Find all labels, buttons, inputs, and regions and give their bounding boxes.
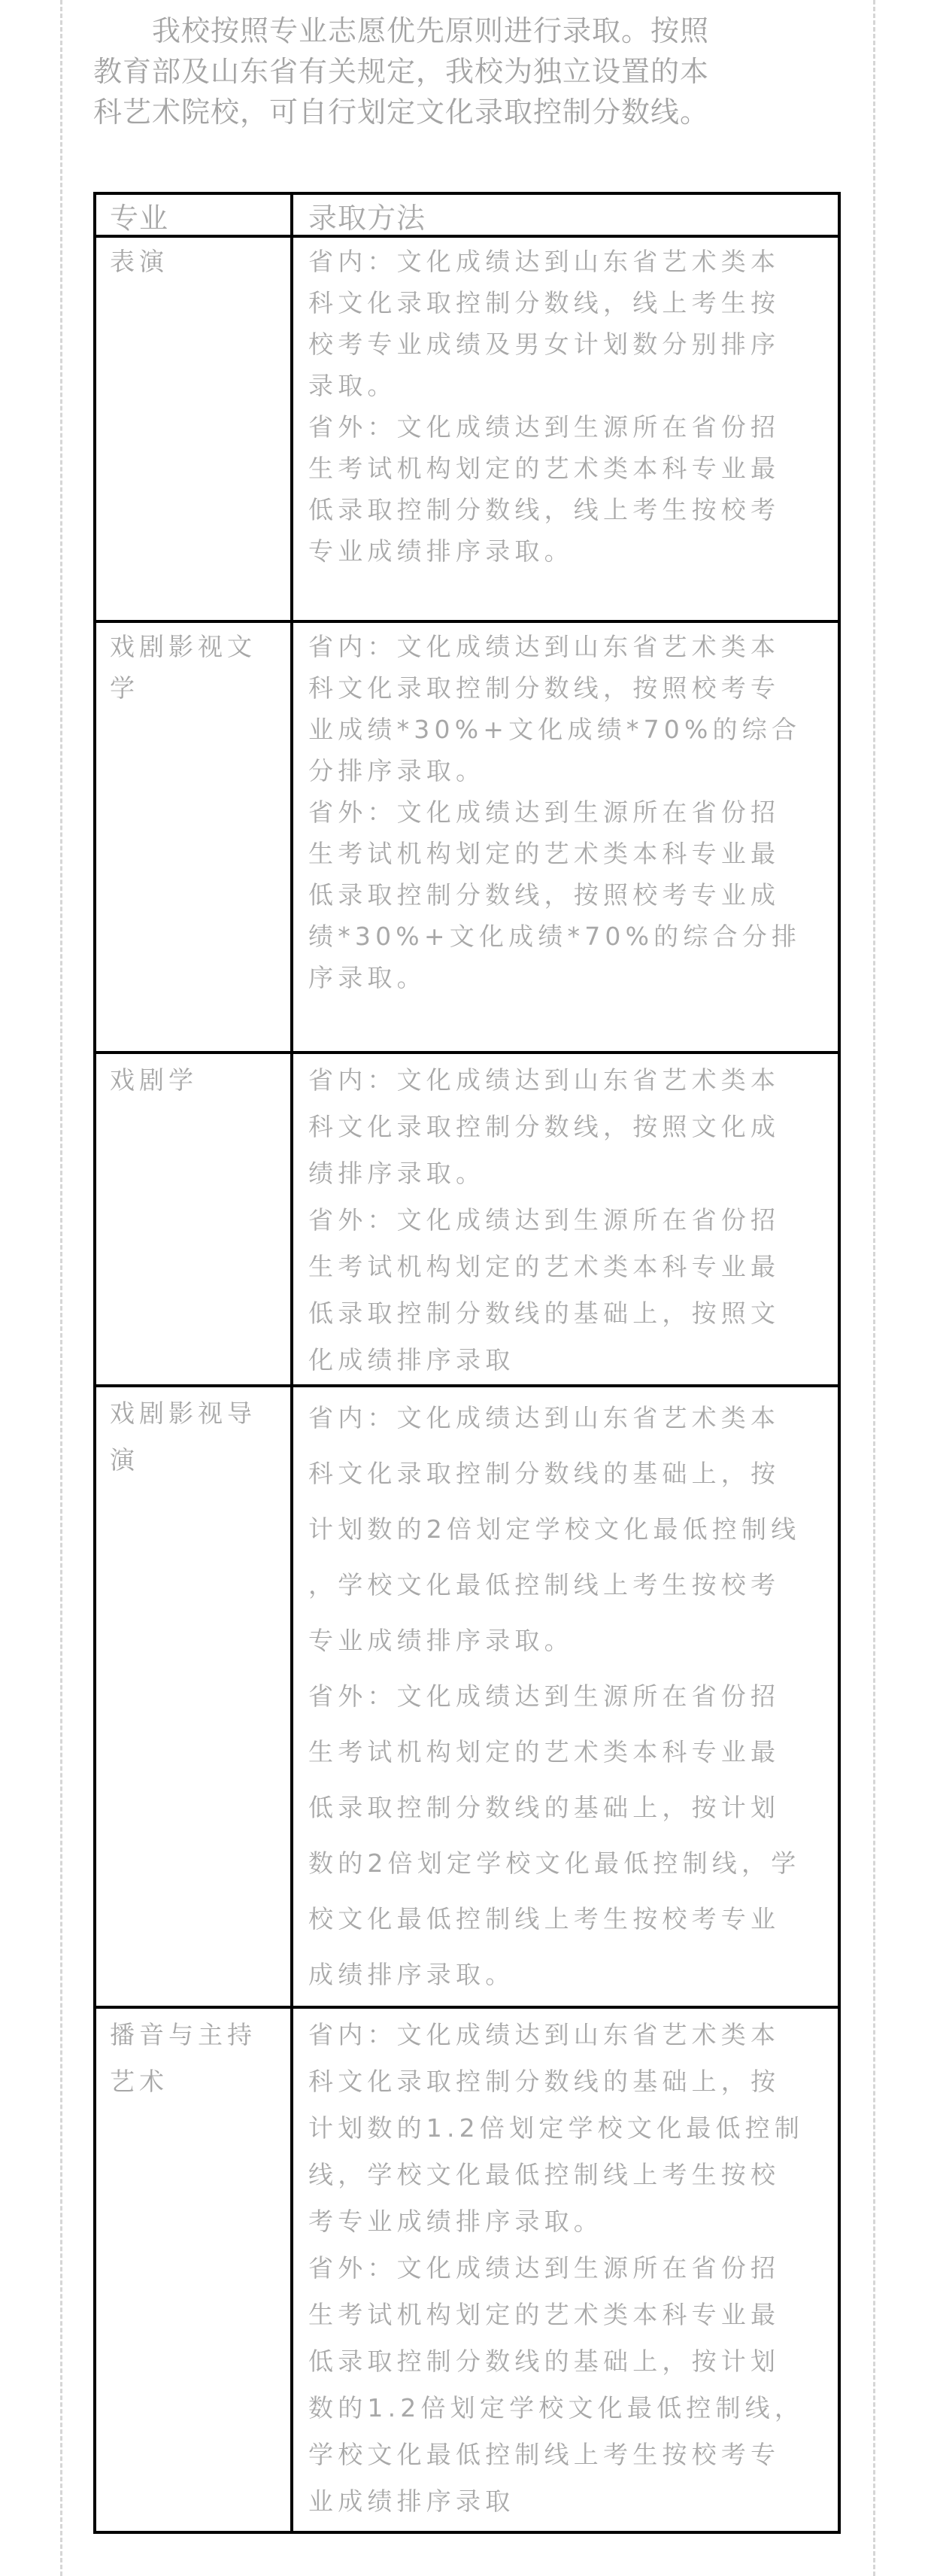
table-header-row: 专业 录取方法 xyxy=(96,195,838,235)
method-line: 省内：文化成绩达到山东省艺术类本 xyxy=(308,1057,830,1104)
method-line: 科文化录取控制分数线的基础上，按 xyxy=(308,2058,830,2105)
table-row: 表演 省内：文化成绩达到山东省艺术类本 科文化录取控制分数线，线上考生按 校考专… xyxy=(96,235,838,620)
method-line: 业成绩排序录取 xyxy=(308,2478,830,2525)
method-line: 绩*30%+文化成绩*70%的综合分排 xyxy=(308,916,830,957)
method-line: 考专业成绩排序录取。 xyxy=(308,2198,830,2245)
method-cell: 省内：文化成绩达到山东省艺术类本 科文化录取控制分数线，按照文化成 绩排序录取。… xyxy=(293,1054,838,1384)
major-name-line: 戏剧影视导 xyxy=(110,1390,290,1437)
method-line: 省外：文化成绩达到生源所在省份招 xyxy=(308,1669,830,1724)
method-line: 省内：文化成绩达到山东省艺术类本 xyxy=(308,241,830,282)
intro-line: 科艺术院校，可自行划定文化录取控制分数线。 xyxy=(93,92,845,132)
method-line: 省外：文化成绩达到生源所在省份招 xyxy=(308,406,830,448)
method-line: 数的2倍划定学校文化最低控制线，学 xyxy=(308,1836,830,1891)
intro-paragraph: 我校按照专业志愿优先原则进行录取。按照 教育部及山东省有关规定，我校为独立设置的… xyxy=(93,11,845,132)
method-line: 科文化录取控制分数线，线上考生按 xyxy=(308,282,830,324)
method-cell: 省内：文化成绩达到山东省艺术类本 科文化录取控制分数线的基础上，按 计划数的1.… xyxy=(293,2009,838,2531)
method-line: 低录取控制分数线的基础上，按计划 xyxy=(308,2338,830,2385)
method-cell: 省内：文化成绩达到山东省艺术类本 科文化录取控制分数线，按照校考专 业成绩*30… xyxy=(293,623,838,1051)
major-cell: 戏剧学 xyxy=(96,1054,293,1384)
method-line: ，学校文化最低控制线上考生按校考 xyxy=(308,1557,830,1613)
method-line: 校文化最低控制线上考生按校考专业 xyxy=(308,1891,830,1947)
method-line: 省外：文化成绩达到生源所在省份招 xyxy=(308,791,830,833)
method-line: 生考试机构划定的艺术类本科专业最 xyxy=(308,2292,830,2338)
major-name-line: 艺术 xyxy=(110,2058,290,2105)
method-line: 低录取控制分数线，按照校考专业成 xyxy=(308,874,830,916)
major-name-line: 戏剧影视文 xyxy=(110,626,290,667)
left-dashed-border xyxy=(60,0,62,2576)
method-line: 校考专业成绩及男女计划数分别排序 xyxy=(308,324,830,365)
method-line: 化成绩排序录取 xyxy=(308,1337,830,1384)
method-line: 低录取控制分数线的基础上，按计划 xyxy=(308,1780,830,1836)
method-line: 线，学校文化最低控制线上考生按校 xyxy=(308,2152,830,2198)
intro-line: 教育部及山东省有关规定，我校为独立设置的本 xyxy=(93,51,845,92)
method-line: 省外：文化成绩达到生源所在省份招 xyxy=(308,2245,830,2292)
method-line: 计划数的2倍划定学校文化最低控制线 xyxy=(308,1502,830,1557)
major-name-line: 播音与主持 xyxy=(110,2012,290,2058)
method-cell: 省内：文化成绩达到山东省艺术类本 科文化录取控制分数线的基础上，按 计划数的2倍… xyxy=(293,1387,838,2006)
method-line: 分排序录取。 xyxy=(308,750,830,791)
admission-table: 专业 录取方法 表演 省内：文化成绩达到山东省艺术类本 科文化录取控制分数线，线… xyxy=(93,192,841,2534)
method-line: 成绩排序录取。 xyxy=(308,1947,830,2003)
major-name-line: 表演 xyxy=(110,241,290,282)
method-line: 科文化录取控制分数线的基础上，按 xyxy=(308,1446,830,1502)
method-line: 数的1.2倍划定学校文化最低控制线， xyxy=(308,2385,830,2432)
method-line: 专业成绩排序录取。 xyxy=(308,1613,830,1669)
table-row: 戏剧影视导 演 省内：文化成绩达到山东省艺术类本 科文化录取控制分数线的基础上，… xyxy=(96,1384,838,2006)
method-cell: 省内：文化成绩达到山东省艺术类本 科文化录取控制分数线，线上考生按 校考专业成绩… xyxy=(293,238,838,620)
right-dashed-border xyxy=(873,0,875,2576)
major-name-line: 演 xyxy=(110,1437,290,1484)
method-line: 业成绩*30%+文化成绩*70%的综合 xyxy=(308,709,830,750)
method-line: 生考试机构划定的艺术类本科专业最 xyxy=(308,1244,830,1290)
major-cell: 播音与主持 艺术 xyxy=(96,2009,293,2531)
method-line: 科文化录取控制分数线，按照校考专 xyxy=(308,667,830,709)
table-row: 播音与主持 艺术 省内：文化成绩达到山东省艺术类本 科文化录取控制分数线的基础上… xyxy=(96,2006,838,2531)
major-cell: 表演 xyxy=(96,238,293,620)
method-line: 省内：文化成绩达到山东省艺术类本 xyxy=(308,1390,830,1446)
method-line: 生考试机构划定的艺术类本科专业最 xyxy=(308,1724,830,1780)
method-line: 录取。 xyxy=(308,365,830,406)
method-line: 省外：文化成绩达到生源所在省份招 xyxy=(308,1197,830,1244)
method-line: 生考试机构划定的艺术类本科专业最 xyxy=(308,833,830,874)
method-line: 序录取。 xyxy=(308,957,830,998)
table-row: 戏剧影视文 学 省内：文化成绩达到山东省艺术类本 科文化录取控制分数线，按照校考… xyxy=(96,620,838,1051)
major-name-line: 学 xyxy=(110,667,290,709)
method-line: 生考试机构划定的艺术类本科专业最 xyxy=(308,448,830,489)
method-line: 计划数的1.2倍划定学校文化最低控制 xyxy=(308,2105,830,2152)
major-cell: 戏剧影视文 学 xyxy=(96,623,293,1051)
major-name-line: 戏剧学 xyxy=(110,1057,290,1104)
method-line: 省内：文化成绩达到山东省艺术类本 xyxy=(308,626,830,667)
table-row: 戏剧学 省内：文化成绩达到山东省艺术类本 科文化录取控制分数线，按照文化成 绩排… xyxy=(96,1051,838,1384)
intro-line: 我校按照专业志愿优先原则进行录取。按照 xyxy=(93,11,845,51)
method-line: 低录取控制分数线，线上考生按校考 xyxy=(308,489,830,530)
major-cell: 戏剧影视导 演 xyxy=(96,1387,293,2006)
header-method: 录取方法 xyxy=(293,195,838,235)
method-line: 学校文化最低控制线上考生按校考专 xyxy=(308,2432,830,2478)
header-major: 专业 xyxy=(96,195,293,235)
method-line: 绩排序录取。 xyxy=(308,1150,830,1197)
method-line: 低录取控制分数线的基础上，按照文 xyxy=(308,1290,830,1337)
method-line: 专业成绩排序录取。 xyxy=(308,530,830,572)
method-line: 科文化录取控制分数线，按照文化成 xyxy=(308,1104,830,1150)
method-line: 省内：文化成绩达到山东省艺术类本 xyxy=(308,2012,830,2058)
